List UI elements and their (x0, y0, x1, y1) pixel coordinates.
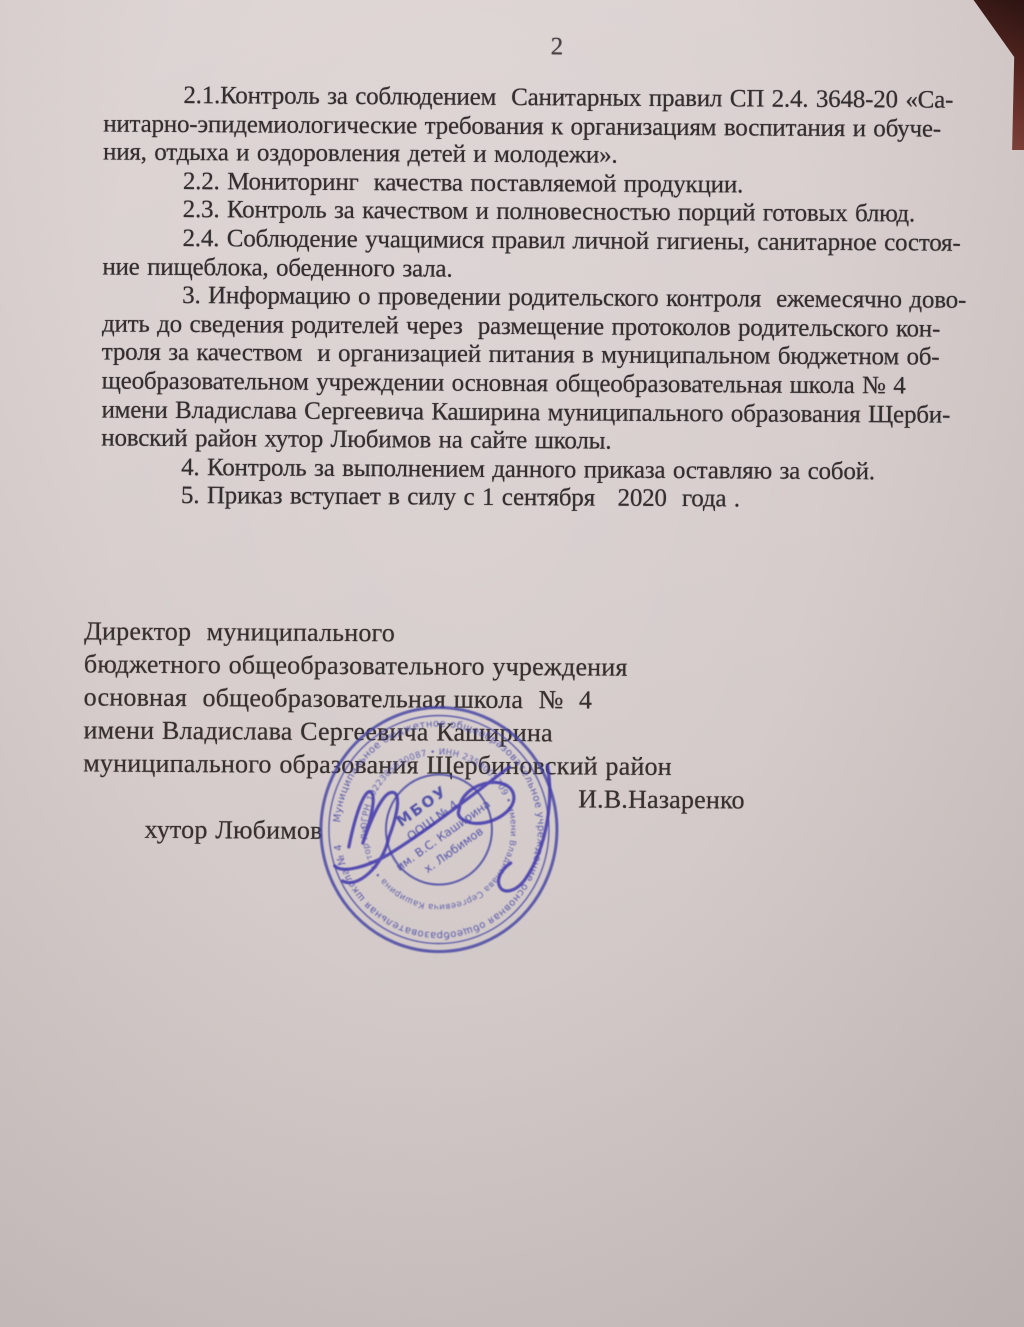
school-seal-stamp: Муниципальное бюджетное общеобразователь… (298, 689, 580, 971)
body-text: 2.1.Контроль за соблюдением Санитарных п… (101, 82, 1004, 516)
director-name: И.В.Назаренко (578, 782, 745, 816)
scanned-sheet: 2 2.1.Контроль за соблюдением Санитарных… (0, 0, 1024, 1327)
signature-line: бюджетного общеобразовательного учрежден… (84, 647, 844, 685)
signature-line: Директор муниципального (84, 614, 844, 652)
body-line: 5. Приказ вступает в силу с 1 сентября 2… (101, 482, 1001, 516)
page-number: 2 (551, 33, 564, 61)
signature-place: хутор Любимов (144, 815, 322, 845)
document-page: 2 2.1.Контроль за соблюдением Санитарных… (0, 0, 1024, 1327)
